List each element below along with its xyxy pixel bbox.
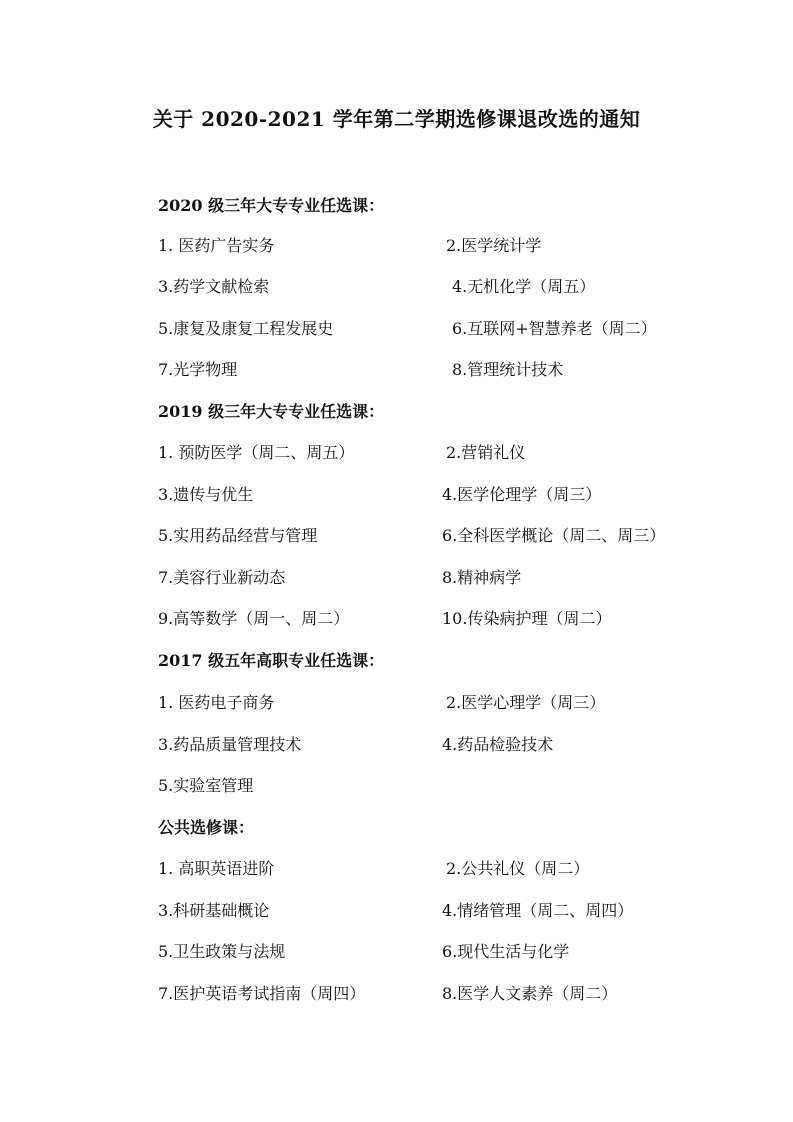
course-item: 9.高等数学（周一、周二）	[158, 606, 349, 629]
course-item: 2.医学心理学（周三）	[446, 690, 605, 713]
course-item: 4.医学伦理学（周三）	[442, 482, 601, 505]
course-item: 4.情绪管理（周二、周四）	[442, 898, 633, 921]
course-item: 8.管理统计技术	[452, 357, 563, 380]
course-item: 5.实用药品经营与管理	[158, 523, 317, 546]
course-item: 7.光学物理	[158, 357, 237, 380]
course-item: 8.医学人文素养（周二）	[442, 981, 617, 1004]
course-item: 10.传染病护理（周二）	[442, 606, 611, 629]
course-item: 5.实验室管理	[158, 773, 253, 796]
document-title: 关于 2020-2021 学年第二学期选修课退改选的通知	[0, 103, 793, 132]
course-item: 7.美容行业新动态	[158, 565, 285, 588]
course-item: 7.医护英语考试指南（周四）	[158, 981, 365, 1004]
course-item: 1. 预防医学（周二、周五）	[158, 440, 354, 463]
course-item: 4.药品检验技术	[442, 732, 553, 755]
course-item: 3.遗传与优生	[158, 482, 253, 505]
course-item: 3.药品质量管理技术	[158, 732, 301, 755]
course-item: 2.公共礼仪（周二）	[446, 856, 589, 879]
course-item: 3.药学文献检索	[158, 274, 269, 297]
course-item: 8.精神病学	[442, 565, 521, 588]
course-item: 5.卫生政策与法规	[158, 939, 285, 962]
course-item: 4.无机化学（周五）	[452, 274, 595, 297]
course-item: 5.康复及康复工程发展史	[158, 316, 333, 339]
course-item: 6.互联网+智慧养老（周二）	[452, 316, 657, 339]
section-heading-2019: 2019 级三年大专专业任选课：	[158, 399, 384, 422]
course-item: 1. 医药广告实务	[158, 233, 274, 256]
course-item: 3.科研基础概论	[158, 898, 269, 921]
course-item: 1. 高职英语进阶	[158, 856, 274, 879]
section-heading-2020: 2020 级三年大专专业任选课：	[158, 193, 384, 216]
course-item: 2.营销礼仪	[446, 440, 525, 463]
course-item: 6.全科医学概论（周二、周三）	[442, 523, 665, 546]
section-heading-2017: 2017 级五年高职专业任选课：	[158, 648, 384, 671]
section-heading-public: 公共选修课：	[158, 815, 254, 838]
course-item: 2.医学统计学	[446, 233, 541, 256]
course-item: 6.现代生活与化学	[442, 939, 569, 962]
course-item: 1. 医药电子商务	[158, 690, 274, 713]
